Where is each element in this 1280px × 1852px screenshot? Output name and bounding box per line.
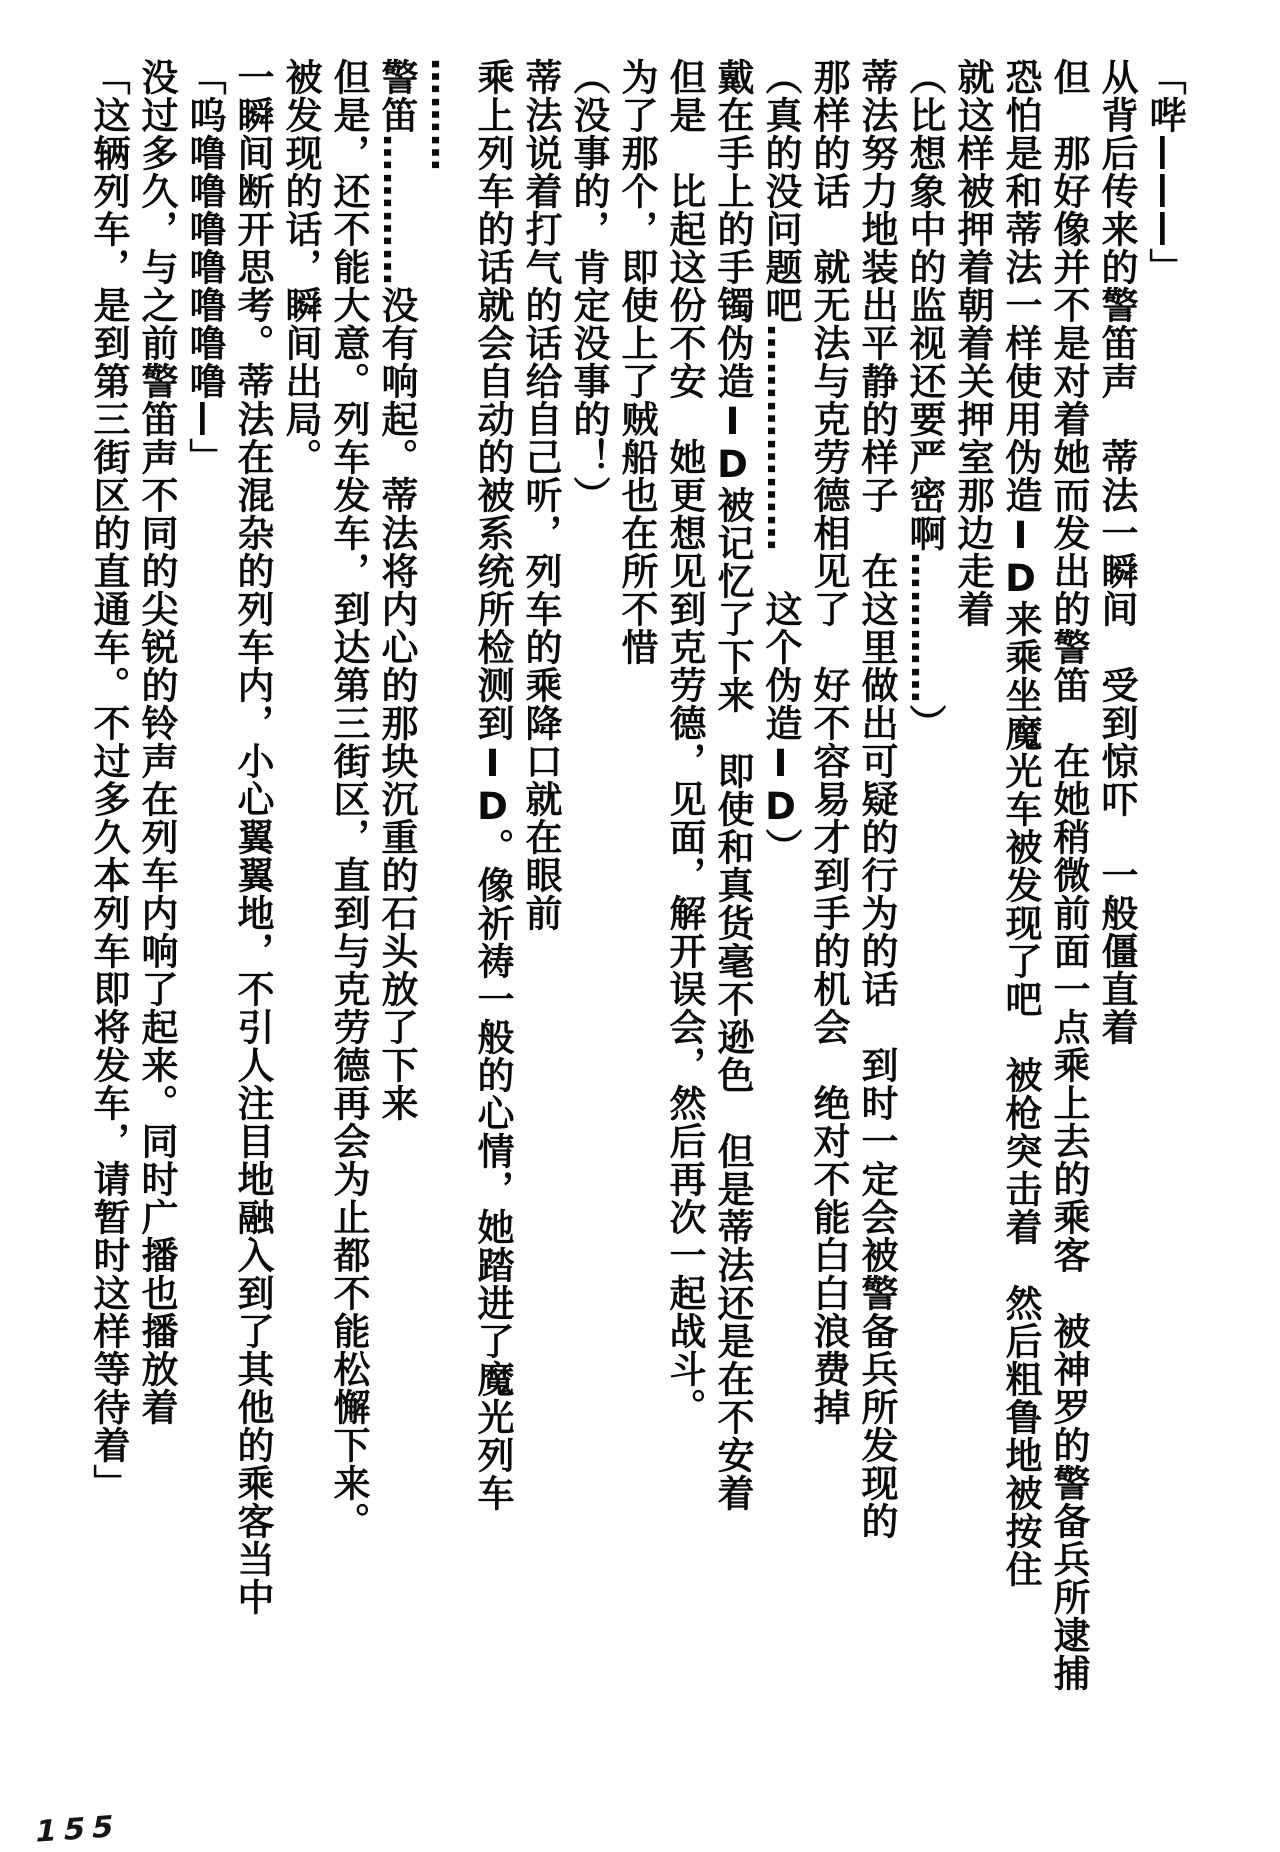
text-column: （比想象中的监视还要严密啊…………） [900, 58, 948, 1688]
text-column: 被发现的话，瞬间出局。 [276, 58, 324, 1688]
text-column: 戴在手上的手镯伪造ID被记忆了下来 即使和真货毫不逊色 但是蒂法还是在不安着 [708, 58, 756, 1688]
document-page: 「哔———」从背后传来的警笛声 蒂法一瞬间 受到惊吓 一般僵直着但 那好像并不是… [0, 0, 1280, 1852]
text-column: 乘上列车的话就会自动的被系统所检测到ID。像祈祷一般的心情，她踏进了魔光列车 [468, 58, 516, 1688]
text-column: 「哔———」 [1140, 58, 1188, 1688]
text-column: 为了那个，即使上了贼船也在所不惜 [612, 58, 660, 1688]
text-column: 但是 比起这份不安 她更想见到克劳德，见面，解开误会，然后再次一起战斗。 [660, 58, 708, 1688]
text-column: 警笛…………没有响起。蒂法将内心的那块沉重的石头放了下来 [372, 58, 420, 1688]
text-column: 蒂法说着打气的话给自己听，列车的乘降口就在眼前 [516, 58, 564, 1688]
text-column: 但是，还不能大意。列车发车，到达第三街区，直到与克劳德再会为止都不能松懈下来。 [324, 58, 372, 1688]
text-column: 蒂法努力地装出平静的样子 在这里做出可疑的行为的话 到时一定会被警备兵所发现的 [852, 58, 900, 1688]
text-column: 那样的话 就无法与克劳德相见了 好不容易才到手的机会 绝对不能白白浪费掉 [804, 58, 852, 1688]
text-column: 就这样被押着朝着关押室那边走着 [948, 58, 996, 1688]
text-column: 「呜噜噜噜噜噜噜噜—」 [180, 58, 228, 1688]
text-column: ……… [420, 58, 468, 1688]
vertical-text-area: 「哔———」从背后传来的警笛声 蒂法一瞬间 受到惊吓 一般僵直着但 那好像并不是… [84, 58, 1188, 1688]
text-column: 一瞬间断开思考。蒂法在混杂的列车内，小心翼翼地，不引人注目地融入到了其他的乘客当… [228, 58, 276, 1688]
text-column: 但 那好像并不是对着她而发出的警笛 在她稍微前面一点乘上去的乘客 被神罗的警备兵… [1044, 58, 1092, 1688]
text-column: 恐怕是和蒂法一样使用伪造ID来乘坐魔光车被发现了吧 被枪突击着 然后粗鲁地被按住 [996, 58, 1044, 1688]
text-column: 从背后传来的警笛声 蒂法一瞬间 受到惊吓 一般僵直着 [1092, 58, 1140, 1688]
text-column: （没事的，肯定没事的！） [564, 58, 612, 1688]
text-column: （真的没问题吧……………… 这个伪造ID） [756, 58, 804, 1688]
text-column: 「这辆列车，是到第三街区的直通车。不过多久本列车即将发车，请暂时这样等待着」 [84, 58, 132, 1688]
text-column: 没过多久，与之前警笛声不同的尖锐的铃声在列车内响了起来。同时广播也播放着 [132, 58, 180, 1688]
page-number: 155 [32, 1809, 123, 1850]
